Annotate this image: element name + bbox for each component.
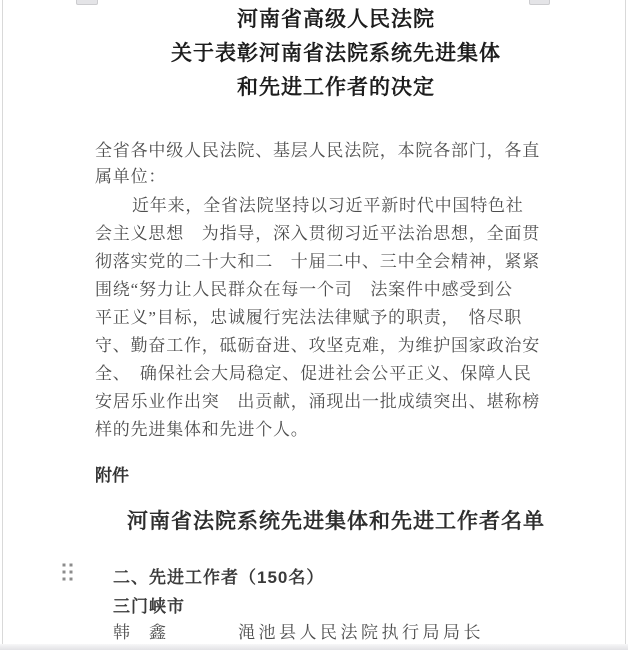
city-heading-sanmenxia: 三门峡市 bbox=[113, 592, 185, 617]
attachment-label: 附件 bbox=[95, 461, 129, 486]
page-bottom-edge bbox=[0, 644, 628, 650]
appendix-title: 河南省法院系统先进集体和先进工作者名单 bbox=[95, 505, 577, 535]
worker-job-title: 渑池县人民法院执行局局长 bbox=[238, 618, 484, 643]
page-border-right bbox=[625, 0, 626, 650]
worker-entry-row: 韩 鑫 渑池县人民法院执行局局长 bbox=[113, 618, 484, 643]
salutation-paragraph: 全省各中级人民法院、基层人民法院，本院各部门，各直 属单位： bbox=[95, 138, 573, 190]
document-page: 河南省高级人民法院 关于表彰河南省法院系统先进集体 和先进工作者的决定 全省各中… bbox=[0, 0, 628, 650]
body-paragraph: 近年来，全省法院坚持以习近平新时代中国特色社 会主义思想 为指导，深入贯彻习近平… bbox=[95, 192, 573, 444]
worker-name: 韩 鑫 bbox=[113, 618, 238, 643]
section-heading-advanced-workers: 二、先进工作者（150名） bbox=[113, 563, 324, 588]
document-title: 河南省高级人民法院 关于表彰河南省法院系统先进集体 和先进工作者的决定 bbox=[95, 3, 577, 105]
drag-handle-icon[interactable] bbox=[62, 563, 74, 582]
page-border-left bbox=[2, 0, 3, 650]
